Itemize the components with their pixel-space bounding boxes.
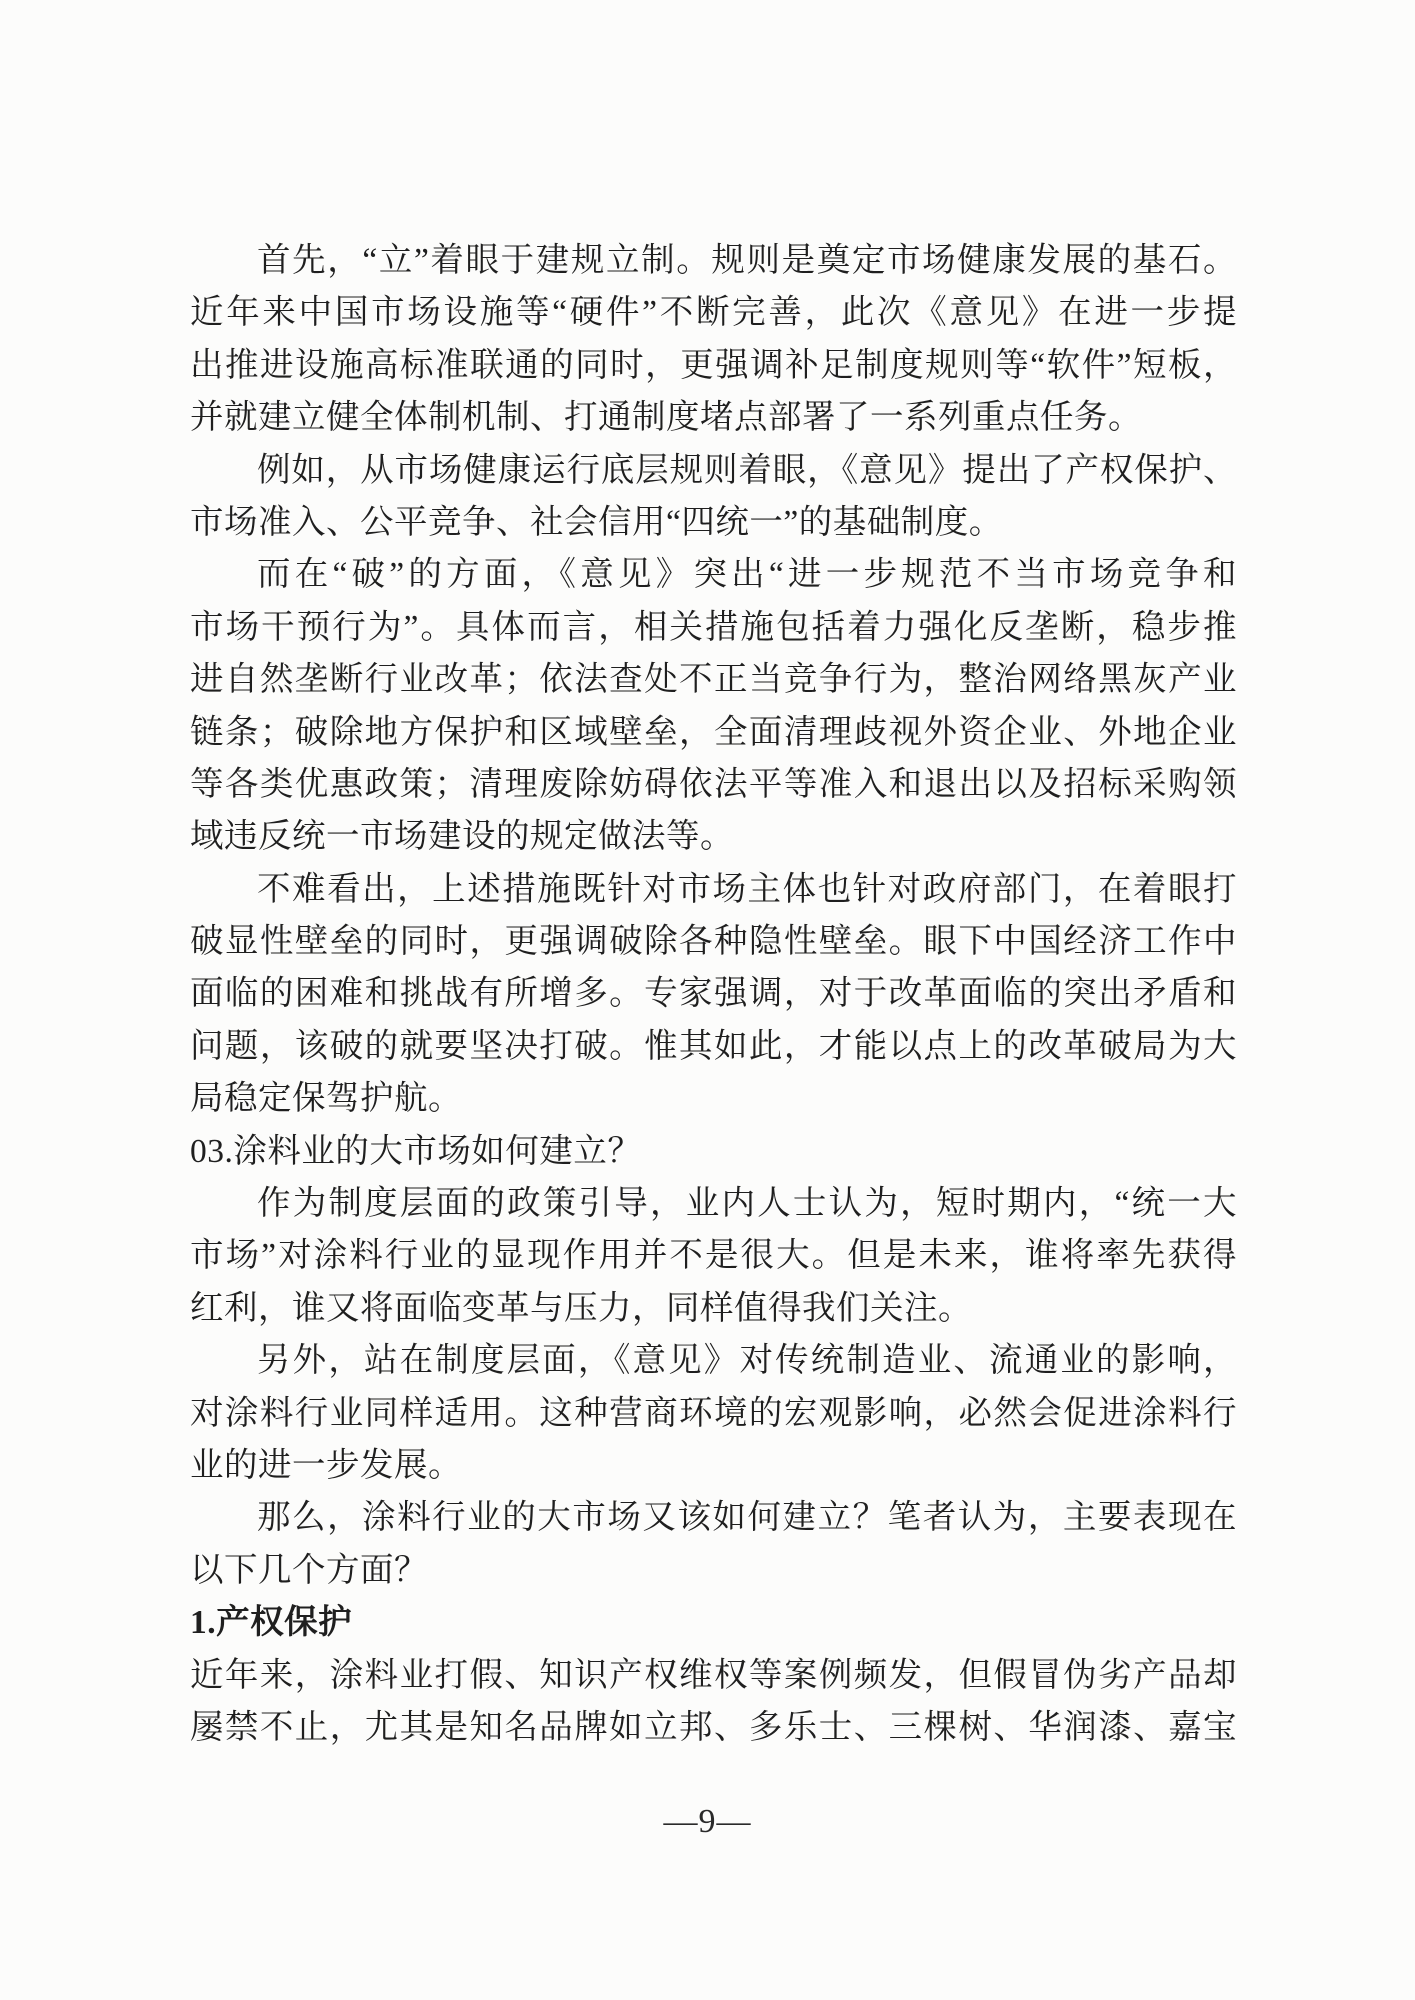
text-line: 市场干预行为”。具体而言，相关措施包括着力强化反垄断，稳步推 xyxy=(190,602,1237,654)
text-line: 并就建立健全体制机制、打通制度堵点部署了一系列重点任务。 xyxy=(190,392,1237,444)
text-line: 那么，涂料行业的大市场又该如何建立？笔者认为，主要表现在 xyxy=(190,1492,1237,1544)
text-line: 出推进设施高标准联通的同时，更强调补足制度规则等“软件”短板， xyxy=(190,340,1237,392)
article-body: 首先，“立”着眼于建规立制。规则是奠定市场健康发展的基石。近年来中国市场设施等“… xyxy=(190,235,1237,1754)
text-line: 以下几个方面？ xyxy=(190,1545,1237,1597)
text-line: 业的进一步发展。 xyxy=(190,1440,1237,1492)
text-line: 首先，“立”着眼于建规立制。规则是奠定市场健康发展的基石。 xyxy=(190,235,1237,287)
text-line: 屡禁不止，尤其是知名品牌如立邦、多乐士、三棵树、华润漆、嘉宝 xyxy=(190,1702,1237,1754)
text-line: 而在“破”的方面，《意见》突出“进一步规范不当市场竞争和 xyxy=(190,549,1237,601)
text-line: 破显性壁垒的同时，更强调破除各种隐性壁垒。眼下中国经济工作中 xyxy=(190,916,1237,968)
text-line: 问题，该破的就要坚决打破。惟其如此，才能以点上的改革破局为大 xyxy=(190,1021,1237,1073)
page-footer: —9— xyxy=(0,1796,1415,1848)
text-line: 对涂料行业同样适用。这种营商环境的宏观影响，必然会促进涂料行 xyxy=(190,1388,1237,1440)
text-line: 近年来中国市场设施等“硬件”不断完善，此次《意见》在进一步提 xyxy=(190,287,1237,339)
text-line: 局稳定保驾护航。 xyxy=(190,1073,1237,1125)
heading-03-how-to-build-big-market: 03.涂料业的大市场如何建立？ xyxy=(190,1126,1237,1178)
text-line: 不难看出，上述措施既针对市场主体也针对政府部门，在着眼打 xyxy=(190,864,1237,916)
text-line: 作为制度层面的政策引导，业内人士认为，短时期内，“统一大 xyxy=(190,1178,1237,1230)
text-line: 域违反统一市场建设的规定做法等。 xyxy=(190,811,1237,863)
text-line: 市场”对涂料行业的显现作用并不是很大。但是未来，谁将率先获得 xyxy=(190,1230,1237,1282)
text-line: 链条；破除地方保护和区域壁垒，全面清理歧视外资企业、外地企业 xyxy=(190,707,1237,759)
text-line: 近年来，涂料业打假、知识产权维权等案例频发，但假冒伪劣产品却 xyxy=(190,1650,1237,1702)
document-page: 首先，“立”着眼于建规立制。规则是奠定市场健康发展的基石。近年来中国市场设施等“… xyxy=(0,0,1415,2000)
page-number: —9— xyxy=(664,1803,752,1840)
text-line: 例如，从市场健康运行底层规则着眼，《意见》提出了产权保护、 xyxy=(190,445,1237,497)
text-line: 等各类优惠政策；清理废除妨碍依法平等准入和退出以及招标采购领 xyxy=(190,759,1237,811)
text-line: 另外，站在制度层面，《意见》对传统制造业、流通业的影响， xyxy=(190,1335,1237,1387)
text-line: 面临的困难和挑战有所增多。专家强调，对于改革面临的突出矛盾和 xyxy=(190,968,1237,1020)
heading-1-property-rights-protection: 1.产权保护 xyxy=(190,1597,1237,1649)
text-line: 红利，谁又将面临变革与压力，同样值得我们关注。 xyxy=(190,1283,1237,1335)
text-line: 进自然垄断行业改革；依法查处不正当竞争行为，整治网络黑灰产业 xyxy=(190,654,1237,706)
text-line: 市场准入、公平竞争、社会信用“四统一”的基础制度。 xyxy=(190,497,1237,549)
